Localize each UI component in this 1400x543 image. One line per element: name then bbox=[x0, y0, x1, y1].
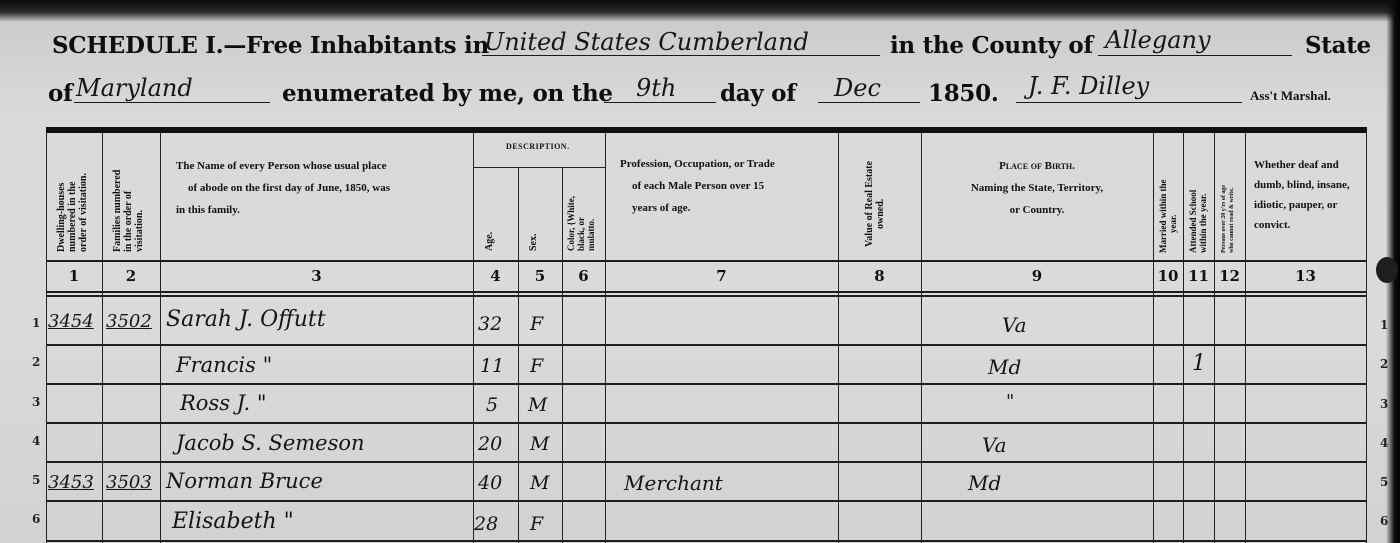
col11-header-line: Attended School bbox=[1188, 190, 1198, 253]
sex: F bbox=[530, 513, 543, 535]
col1-header-line: numbered in the bbox=[67, 173, 78, 252]
age: 40 bbox=[478, 472, 502, 494]
col6-header-line: black, or bbox=[576, 196, 586, 251]
binding-hole-icon bbox=[1376, 257, 1398, 283]
line-number: 2 bbox=[32, 355, 40, 369]
col3-header-line: The Name of every Person whose usual pla… bbox=[176, 155, 466, 177]
col-number: 10 bbox=[1153, 267, 1183, 285]
col-number: 5 bbox=[518, 267, 562, 285]
age: 5 bbox=[486, 394, 498, 416]
col-number: 9 bbox=[921, 267, 1153, 285]
col7-header: Profession, Occupation, or Trade of each… bbox=[620, 153, 835, 219]
col-border bbox=[473, 133, 474, 543]
col3-header: The Name of every Person whose usual pla… bbox=[176, 155, 466, 221]
day-of-label: day of bbox=[720, 80, 796, 107]
line-number: 3 bbox=[32, 395, 40, 409]
dwelling-number: 3454 bbox=[48, 311, 94, 332]
col13-header-line: Whether deaf and bbox=[1254, 155, 1364, 175]
col-number: 3 bbox=[160, 267, 473, 285]
col-number: 4 bbox=[473, 267, 518, 285]
row-rule bbox=[46, 422, 1367, 424]
line-number-right: 6 bbox=[1380, 514, 1388, 528]
col10-header-line: Married within the bbox=[1158, 180, 1168, 254]
description-rule bbox=[473, 167, 605, 168]
col9-header-line: Place of Birth. bbox=[922, 155, 1152, 177]
col-border bbox=[1214, 133, 1215, 543]
year-label: 1850. bbox=[928, 80, 999, 107]
scan-edge-top bbox=[0, 0, 1400, 22]
col13-header-line: idiotic, pauper, or bbox=[1254, 195, 1364, 215]
age: 11 bbox=[480, 355, 504, 377]
row-rule bbox=[46, 461, 1367, 463]
col-number: 7 bbox=[605, 267, 838, 285]
col10-header: Married within the year. bbox=[1158, 180, 1178, 254]
schedule-label: SCHEDULE I.—Free Inhabitants in bbox=[52, 32, 489, 59]
col2-header-line: Families numbered bbox=[112, 170, 123, 252]
marshal-blank bbox=[1016, 101, 1242, 103]
col6-header-line: mulatto. bbox=[586, 196, 596, 251]
col2-header: Families numbered in the order of visita… bbox=[112, 170, 145, 252]
enumerated-label: enumerated by me, on the bbox=[282, 80, 613, 107]
person-name: Ross J. " bbox=[180, 391, 266, 415]
col-border bbox=[160, 133, 161, 543]
month-blank bbox=[818, 101, 920, 103]
person-name: Sarah J. Offutt bbox=[166, 307, 326, 332]
col-number: 2 bbox=[102, 267, 160, 285]
col-number: 12 bbox=[1214, 267, 1245, 285]
col13-header-line: convict. bbox=[1254, 215, 1364, 235]
col4-header: Age. bbox=[484, 232, 495, 251]
birthplace: Md bbox=[968, 471, 1001, 495]
col12-header: Persons over 20 y'rs of age who cannot r… bbox=[1220, 185, 1236, 253]
description-group-label: DESCRIPTION. bbox=[506, 142, 570, 151]
colnum-rule-2 bbox=[46, 295, 1367, 297]
state-value: Maryland bbox=[76, 74, 193, 102]
col7-header-line: of each Male Person over 15 bbox=[620, 175, 835, 197]
sex: F bbox=[530, 313, 543, 335]
col12-header-line: who cannot read & write. bbox=[1228, 185, 1236, 253]
col-number: 13 bbox=[1245, 267, 1366, 285]
col1-header-line: order of visitation. bbox=[78, 173, 89, 252]
birthplace: " bbox=[1006, 391, 1014, 412]
col-border bbox=[1366, 133, 1367, 543]
col-number: 6 bbox=[562, 267, 605, 285]
col4-header-line: Age. bbox=[484, 232, 495, 251]
col-border bbox=[1245, 133, 1246, 543]
col-border bbox=[562, 167, 563, 543]
col9-header-line: Naming the State, Territory, bbox=[922, 177, 1152, 199]
row-rule bbox=[46, 383, 1367, 385]
row-rule bbox=[46, 344, 1367, 346]
place-value: United States Cumberland bbox=[484, 28, 809, 56]
col13-header-line: dumb, blind, insane, bbox=[1254, 175, 1364, 195]
line-number-right: 5 bbox=[1380, 475, 1388, 489]
col-border bbox=[605, 133, 606, 543]
person-name: Norman Bruce bbox=[166, 469, 323, 493]
col5-header: Sex. bbox=[528, 234, 539, 252]
place-blank bbox=[482, 54, 880, 56]
county-blank bbox=[1098, 54, 1292, 56]
occupation: Merchant bbox=[624, 471, 723, 495]
col9-header-line: or Country. bbox=[922, 199, 1152, 221]
state-label: State bbox=[1305, 32, 1371, 59]
county-label: in the County of bbox=[890, 32, 1093, 59]
col7-header-line: Profession, Occupation, or Trade bbox=[620, 153, 835, 175]
person-name: Francis " bbox=[176, 353, 272, 377]
col1-header: Dwelling-houses numbered in the order of… bbox=[56, 173, 89, 252]
col-border bbox=[102, 133, 103, 543]
col-border bbox=[518, 167, 519, 543]
state-blank bbox=[74, 101, 270, 103]
family-number: 3502 bbox=[106, 311, 152, 332]
col11-header-line: within the year. bbox=[1198, 190, 1208, 253]
dwelling-number: 3453 bbox=[48, 472, 94, 493]
line-number-right: 3 bbox=[1380, 397, 1388, 411]
col-border bbox=[46, 133, 47, 543]
day-blank bbox=[604, 101, 716, 103]
col13-header: Whether deaf and dumb, blind, insane, id… bbox=[1254, 155, 1364, 235]
col2-header-line: visitation. bbox=[134, 170, 145, 252]
colnum-rule bbox=[46, 291, 1367, 293]
line-number-right: 4 bbox=[1380, 436, 1388, 450]
sex: M bbox=[530, 472, 549, 494]
col10-header-line: year. bbox=[1168, 180, 1178, 254]
line-number: 4 bbox=[32, 434, 40, 448]
sex: F bbox=[530, 355, 543, 377]
col8-header-line: owned. bbox=[875, 161, 886, 247]
col11-header: Attended School within the year. bbox=[1188, 190, 1208, 253]
header-rule bbox=[46, 260, 1367, 262]
day-value: 9th bbox=[636, 74, 676, 102]
birthplace: Md bbox=[988, 355, 1021, 379]
col2-header-line: in the order of bbox=[123, 170, 134, 252]
attended-school: 1 bbox=[1192, 351, 1206, 376]
line-number: 6 bbox=[32, 512, 40, 526]
col-border bbox=[838, 133, 839, 543]
family-number: 3503 bbox=[106, 472, 152, 493]
of-label: of bbox=[48, 80, 73, 107]
age: 20 bbox=[478, 433, 502, 455]
line-number: 5 bbox=[32, 473, 40, 487]
person-name: Jacob S. Semeson bbox=[176, 431, 365, 455]
col8-header-line: Value of Real Estate bbox=[864, 161, 875, 247]
line-number-right: 1 bbox=[1380, 318, 1388, 332]
col8-header: Value of Real Estate owned. bbox=[864, 161, 886, 247]
col3-header-line: in this family. bbox=[176, 199, 466, 221]
person-name: Elisabeth " bbox=[172, 509, 294, 534]
col7-header-line: years of age. bbox=[620, 197, 835, 219]
col9-header: Place of Birth. Naming the State, Territ… bbox=[922, 155, 1152, 221]
sex: M bbox=[528, 394, 547, 416]
col-number: 11 bbox=[1183, 267, 1214, 285]
col-border bbox=[1153, 133, 1154, 543]
col1-header-line: Dwelling-houses bbox=[56, 173, 67, 252]
birthplace: Va bbox=[982, 433, 1007, 457]
line-number-right: 2 bbox=[1380, 357, 1388, 371]
age: 28 bbox=[474, 513, 498, 535]
col-number: 1 bbox=[46, 267, 102, 285]
col5-header-line: Sex. bbox=[528, 234, 539, 252]
row-rule bbox=[46, 500, 1367, 502]
table-top-rule bbox=[46, 127, 1367, 133]
col3-header-line: of abode on the first day of June, 1850,… bbox=[176, 177, 466, 199]
line-number: 1 bbox=[32, 316, 40, 330]
col6-header-line: Color, {White, bbox=[566, 196, 576, 251]
county-value: Allegany bbox=[1105, 26, 1211, 54]
marshal-value: J. F. Dilley bbox=[1028, 72, 1149, 100]
col12-header-line: Persons over 20 y'rs of age bbox=[1220, 185, 1228, 253]
col-border bbox=[1183, 133, 1184, 543]
birthplace: Va bbox=[1002, 313, 1027, 337]
sex: M bbox=[530, 433, 549, 455]
marshal-label: Ass't Marshal. bbox=[1250, 88, 1331, 104]
age: 32 bbox=[478, 313, 502, 335]
census-table: Dwelling-houses numbered in the order of… bbox=[46, 127, 1367, 543]
col-number: 8 bbox=[838, 267, 921, 285]
row-rule bbox=[46, 540, 1367, 542]
col6-header: Color, {White, black, or mulatto. bbox=[566, 196, 596, 251]
month-value: Dec bbox=[834, 74, 881, 102]
